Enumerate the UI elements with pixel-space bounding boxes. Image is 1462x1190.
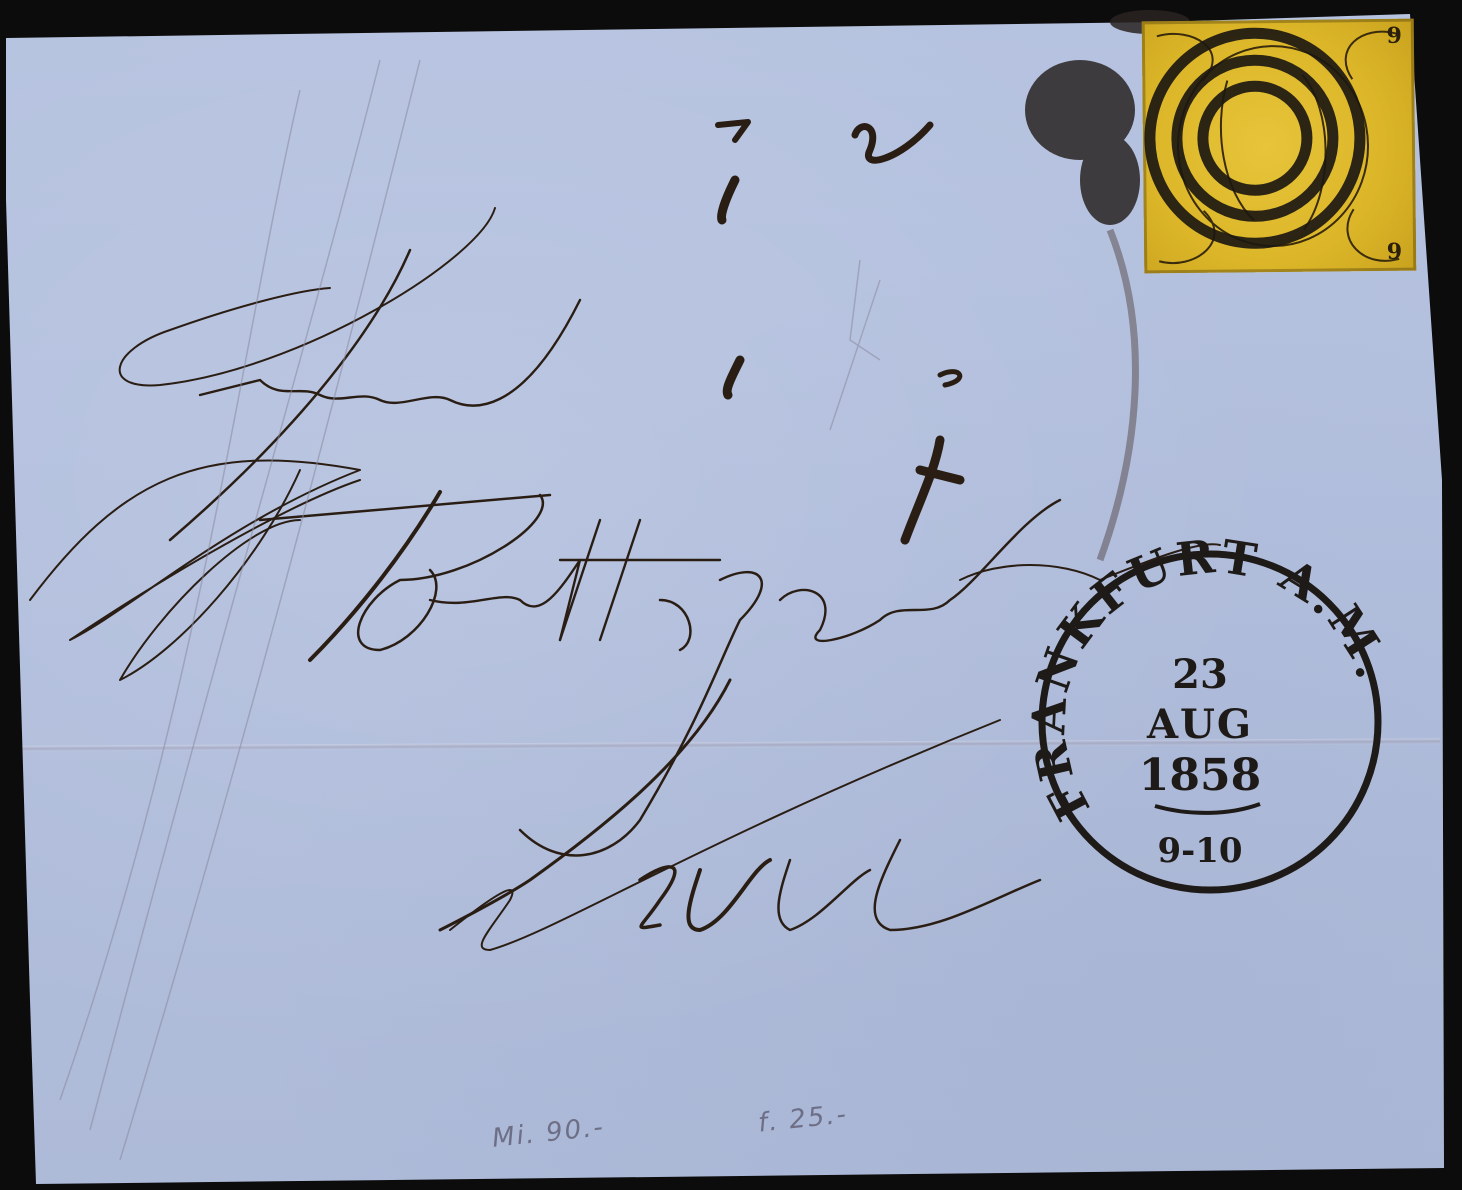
- postmark-month: AUG: [1146, 701, 1253, 748]
- postmark-time: 9-10: [1157, 831, 1242, 871]
- circular-datestamp: FRANKFURT A.M. 23 AUG 1858 9-10: [0, 0, 1462, 1190]
- postmark-year: 1858: [1139, 750, 1261, 801]
- postmark-day: 23: [1172, 651, 1228, 698]
